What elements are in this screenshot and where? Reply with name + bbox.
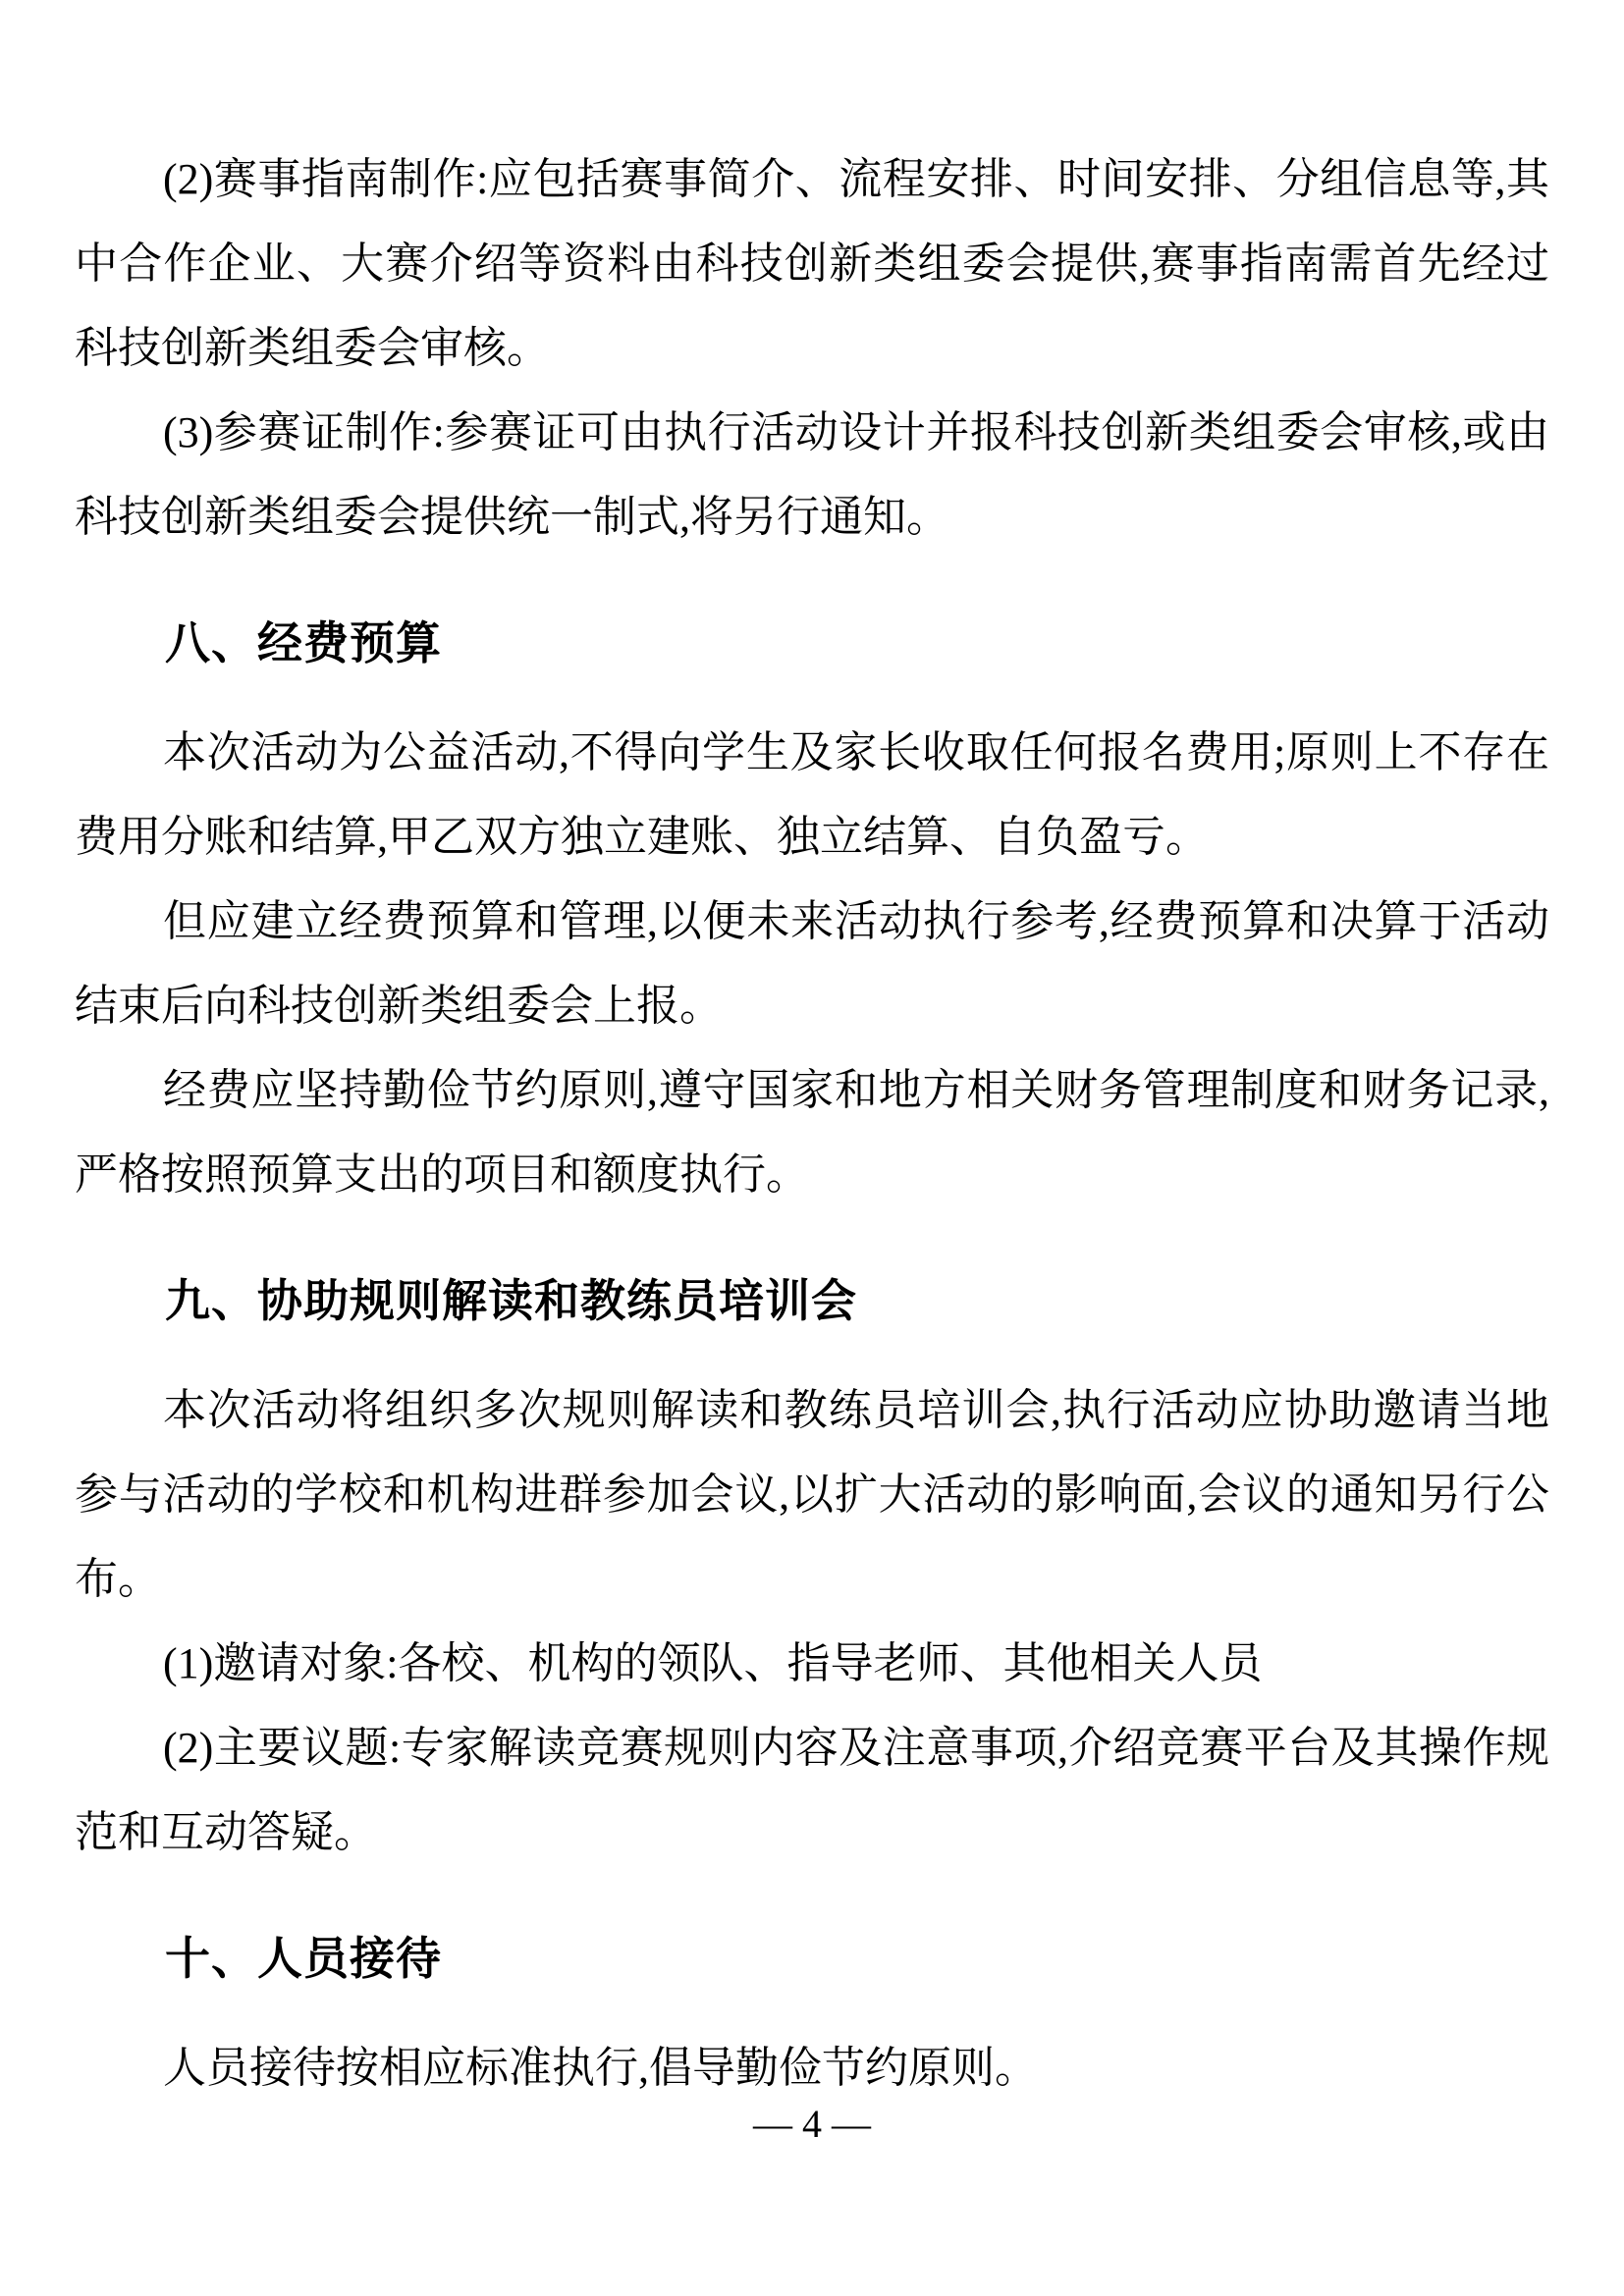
- section-heading-reception: 十、人员接待: [75, 1926, 1549, 1991]
- section-heading-budget: 八、经费预算: [75, 611, 1549, 675]
- paragraph-budget-management: 但应建立经费预算和管理,以便未来活动执行参考,经费预算和决算于活动结束后向科技创…: [75, 880, 1549, 1048]
- paragraph-training-sessions: 本次活动将组织多次规则解读和教练员培训会,执行活动应协助邀请当地参与活动的学校和…: [75, 1368, 1549, 1622]
- paragraph-reception-standard: 人员接待按相应标准执行,倡导勤俭节约原则。: [75, 2026, 1549, 2110]
- paragraph-invitation-targets: (1)邀请对象:各校、机构的领队、指导老师、其他相关人员: [75, 1622, 1549, 1706]
- paragraph-event-guide-production: (2)赛事指南制作:应包括赛事简介、流程安排、时间安排、分组信息等,其中合作企业…: [75, 137, 1549, 391]
- paragraph-main-topics: (2)主要议题:专家解读竞赛规则内容及注意事项,介绍竞赛平台及其操作规范和互动答…: [75, 1706, 1549, 1875]
- paragraph-no-fees: 本次活动为公益活动,不得向学生及家长收取任何报名费用;原则上不存在费用分账和结算…: [75, 711, 1549, 880]
- page-number: — 4 —: [0, 2101, 1624, 2148]
- document-page: (2)赛事指南制作:应包括赛事简介、流程安排、时间安排、分组信息等,其中合作企业…: [0, 0, 1624, 2296]
- document-content: (2)赛事指南制作:应包括赛事简介、流程安排、时间安排、分组信息等,其中合作企业…: [75, 137, 1549, 2110]
- section-heading-rules-training: 九、协助规则解读和教练员培训会: [75, 1268, 1549, 1333]
- paragraph-thrift-principle: 经费应坚持勤俭节约原则,遵守国家和地方相关财务管理制度和财务记录,严格按照预算支…: [75, 1048, 1549, 1217]
- paragraph-contestant-badge-production: (3)参赛证制作:参赛证可由执行活动设计并报科技创新类组委会审核,或由科技创新类…: [75, 391, 1549, 560]
